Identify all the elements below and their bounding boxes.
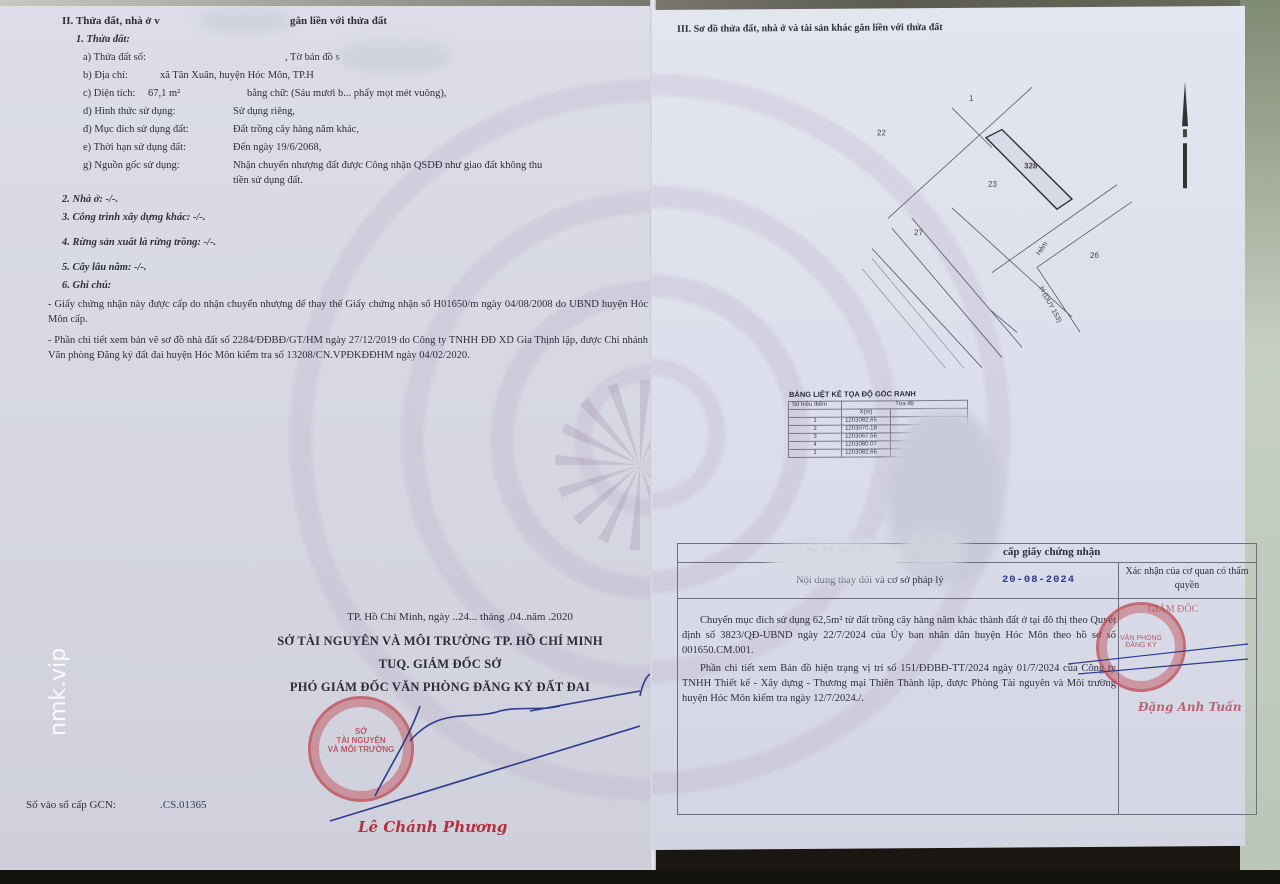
changes-title-row: IV. Những th cấp giấy chứng nhận (678, 544, 1256, 563)
confirm-signature (1058, 624, 1258, 684)
certificate-left-page: II. Thửa đất, nhà ở v gắn liền với thửa … (0, 6, 652, 870)
section-iii-title: III. Sơ đồ thửa đất, nhà ở và tài sản kh… (677, 20, 943, 37)
change-entry-2: Phần chi tiết xem Bản đồ hiện trạng vị t… (682, 661, 1116, 706)
map-label-neighbor: 26 (1090, 251, 1099, 260)
north-arrow-icon (1177, 81, 1193, 191)
map-label-neighbor: 23 (988, 180, 997, 189)
handwritten-signature (0, 6, 652, 870)
map-label-parcel: 328 (1024, 161, 1037, 170)
watermark-text: nmk.vip (46, 648, 71, 736)
confirm-signer: Đặng Anh Tuấn (1138, 700, 1242, 714)
changes-table: IV. Những th cấp giấy chứng nhận Nội dun… (677, 543, 1257, 815)
point-id: 1 (789, 449, 842, 457)
signer-name: Lê Chánh Phương (358, 818, 507, 836)
book-number-value: .CS.01365 (160, 798, 206, 813)
parcel-map-diagram (852, 76, 1232, 369)
background-bottom (0, 870, 1280, 884)
redaction-blur (770, 540, 905, 580)
book-number-label: Số vào sổ cấp GCN: (26, 798, 116, 813)
map-label-neighbor: 22 (877, 128, 886, 137)
date-stamp: 20-08-2024 (1002, 573, 1075, 588)
changes-title-right: cấp giấy chứng nhận (1003, 545, 1100, 560)
x-coord: 1203082.66 (842, 449, 891, 457)
redaction-blur (900, 530, 965, 570)
confirm-title: GIÁM ĐỐC (1148, 602, 1198, 617)
map-label-neighbor: 1 (969, 94, 973, 103)
change-entry-1: Chuyển mục đích sử dụng 62,5m² từ đất tr… (682, 613, 1116, 658)
map-label-neighbor: 27 (914, 228, 923, 237)
